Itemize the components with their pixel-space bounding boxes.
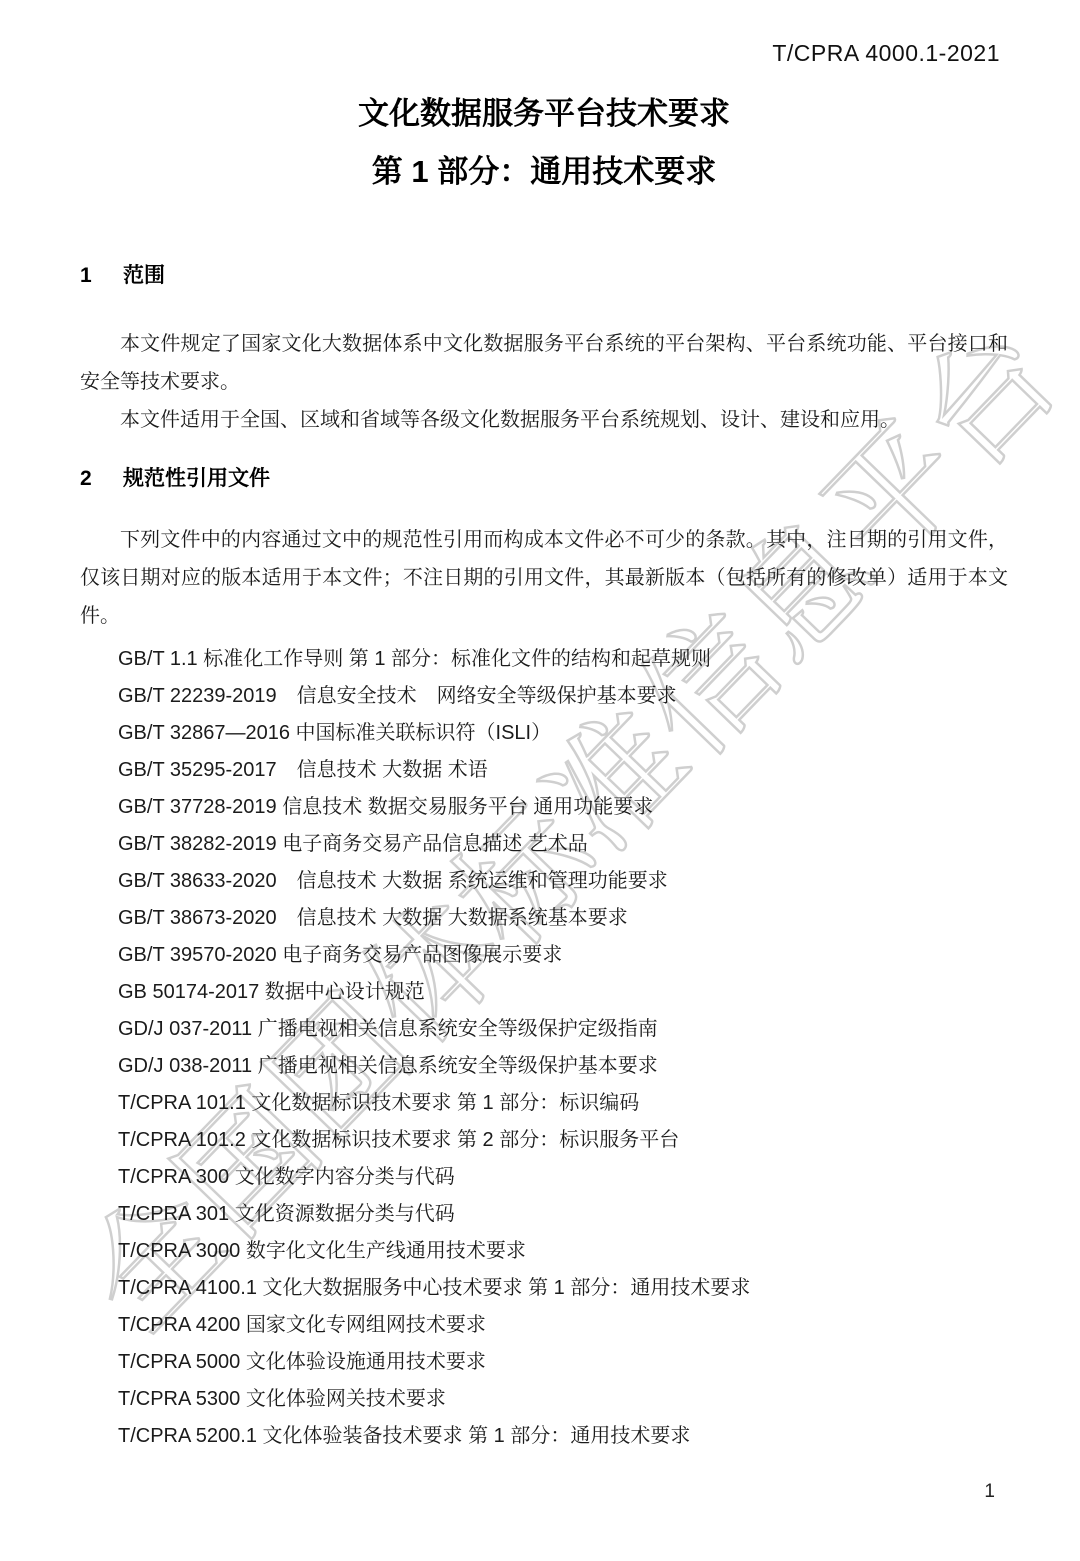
scope-paragraph-2: 本文件适用于全国、区域和省域等各级文化数据服务平台系统规划、设计、建设和应用。	[80, 401, 1008, 439]
reference-item: GD/J 037-2011 广播电视相关信息系统安全等级保护定级指南	[118, 1011, 1008, 1048]
section-2-title: 规范性引用文件	[123, 466, 270, 492]
document-title-line1: 文化数据服务平台技术要求	[80, 0, 1008, 136]
reference-item: GD/J 038-2011 广播电视相关信息系统安全等级保护基本要求	[118, 1048, 1008, 1085]
reference-item: GB/T 22239-2019 信息安全技术 网络安全等级保护基本要求	[118, 678, 1008, 715]
page-number: 1	[984, 1481, 995, 1503]
scope-paragraph-1: 本文件规定了国家文化大数据体系中文化数据服务平台系统的平台架构、平台系统功能、平…	[80, 325, 1008, 401]
reference-item: GB 50174-2017 数据中心设计规范	[118, 974, 1008, 1011]
reference-item: T/CPRA 3000 数字化文化生产线通用技术要求	[118, 1233, 1008, 1270]
section-2-heading: 2 规范性引用文件	[80, 466, 1008, 492]
reference-item: T/CPRA 5000 文化体验设施通用技术要求	[118, 1344, 1008, 1381]
references-intro-paragraph: 下列文件中的内容通过文中的规范性引用而构成本文件必不可少的条款。其中，注日期的引…	[80, 521, 1008, 635]
reference-item: GB/T 39570-2020 电子商务交易产品图像展示要求	[118, 937, 1008, 974]
section-1-number: 1	[80, 263, 123, 289]
reference-item: GB/T 1.1 标准化工作导则 第 1 部分：标准化文件的结构和起草规则	[118, 641, 1008, 678]
reference-item: T/CPRA 4100.1 文化大数据服务中心技术要求 第 1 部分：通用技术要…	[118, 1270, 1008, 1307]
section-1-title: 范围	[123, 263, 165, 289]
reference-item: GB/T 32867—2016 中国标准关联标识符（ISLI）	[118, 715, 1008, 752]
reference-item: T/CPRA 301 文化资源数据分类与代码	[118, 1196, 1008, 1233]
document-content: 文化数据服务平台技术要求 第 1 部分：通用技术要求 1 范围 本文件规定了国家…	[0, 0, 1080, 1455]
reference-item: T/CPRA 300 文化数字内容分类与代码	[118, 1159, 1008, 1196]
reference-item: T/CPRA 5200.1 文化体验装备技术要求 第 1 部分：通用技术要求	[118, 1418, 1008, 1455]
document-title-line2: 第 1 部分：通用技术要求	[80, 150, 1008, 194]
reference-item: T/CPRA 101.1 文化数据标识技术要求 第 1 部分：标识编码	[118, 1085, 1008, 1122]
reference-item: GB/T 37728-2019 信息技术 数据交易服务平台 通用功能要求	[118, 789, 1008, 826]
reference-item: T/CPRA 4200 国家文化专网组网技术要求	[118, 1307, 1008, 1344]
references-list: GB/T 1.1 标准化工作导则 第 1 部分：标准化文件的结构和起草规则 GB…	[80, 641, 1008, 1455]
reference-item: GB/T 38673-2020 信息技术 大数据 大数据系统基本要求	[118, 900, 1008, 937]
reference-item: T/CPRA 101.2 文化数据标识技术要求 第 2 部分：标识服务平台	[118, 1122, 1008, 1159]
reference-item: GB/T 35295-2017 信息技术 大数据 术语	[118, 752, 1008, 789]
reference-item: GB/T 38282-2019 电子商务交易产品信息描述 艺术品	[118, 826, 1008, 863]
reference-item: GB/T 38633-2020 信息技术 大数据 系统运维和管理功能要求	[118, 863, 1008, 900]
section-1-heading: 1 范围	[80, 263, 1008, 289]
section-2-number: 2	[80, 466, 123, 492]
reference-item: T/CPRA 5300 文化体验网关技术要求	[118, 1381, 1008, 1418]
document-page: 全国团体标准信息平台 T/CPRA 4000.1-2021 文化数据服务平台技术…	[0, 0, 1080, 1561]
